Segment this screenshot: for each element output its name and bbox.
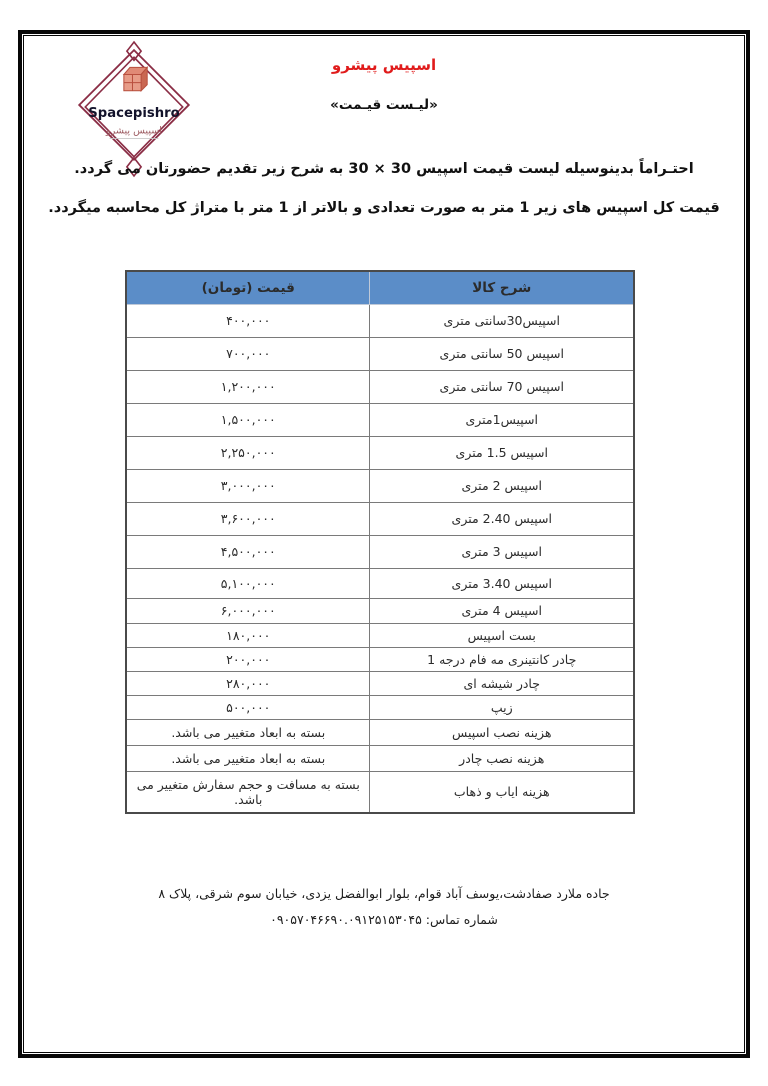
price-cell: ۱۸۰,۰۰۰	[126, 623, 370, 647]
price-cell: ۵,۱۰۰,۰۰۰	[126, 568, 370, 598]
table-row: هزینه نصب چادر بسته به ابعاد متغییر می ب…	[126, 745, 634, 771]
table-row: بست اسپیس ۱۸۰,۰۰۰	[126, 623, 634, 647]
price-cell: ۳,۶۰۰,۰۰۰	[126, 502, 370, 535]
item-cell: چادر کانتینری مه فام درجه 1	[370, 647, 634, 671]
price-cell: ۶,۰۰۰,۰۰۰	[126, 598, 370, 623]
table-row: اسپیس 70 سانتی متری ۱,۲۰۰,۰۰۰	[126, 370, 634, 403]
footer-phone-numbers: ۰۹۰۵۷۰۴۶۶۹۰.۰۹۱۲۵۱۵۳۰۴۵	[270, 912, 422, 927]
table-row: اسپیس 50 سانتی متری ۷۰۰,۰۰۰	[126, 337, 634, 370]
price-table: شرح کالا قیمت (تومان) اسپیس30سانتی متری …	[125, 270, 635, 814]
price-table-body: اسپیس30سانتی متری ۴۰۰,۰۰۰ اسپیس 50 سانتی…	[126, 304, 634, 813]
price-cell: ۴۰۰,۰۰۰	[126, 304, 370, 337]
price-cell: ۷۰۰,۰۰۰	[126, 337, 370, 370]
item-cell: اسپیس1متری	[370, 403, 634, 436]
price-cell: ۳,۰۰۰,۰۰۰	[126, 469, 370, 502]
price-cell: ۲,۲۵۰,۰۰۰	[126, 436, 370, 469]
item-cell: اسپیس 70 سانتی متری	[370, 370, 634, 403]
item-cell: چادر شیشه ای	[370, 671, 634, 695]
item-cell: بست اسپیس	[370, 623, 634, 647]
table-row: چادر شیشه ای ۲۸۰,۰۰۰	[126, 671, 634, 695]
item-cell: اسپیس 2 متری	[370, 469, 634, 502]
table-row: اسپیس 4 متری ۶,۰۰۰,۰۰۰	[126, 598, 634, 623]
table-row: اسپیس 2 متری ۳,۰۰۰,۰۰۰	[126, 469, 634, 502]
item-cell: اسپیس 3.40 متری	[370, 568, 634, 598]
page-title: اسپیس پیشرو	[0, 56, 768, 74]
price-cell: بسته به ابعاد متغییر می باشد.	[126, 745, 370, 771]
item-cell: اسپیس30سانتی متری	[370, 304, 634, 337]
item-cell: هزینه نصب اسپیس	[370, 719, 634, 745]
intro-line-2: قیمت کل اسپیس های زیر 1 متر به صورت تعدا…	[0, 200, 768, 216]
header-item: شرح کالا	[370, 271, 634, 304]
intro-line-1: احتـراماً بدینوسیله لیست قیمت اسپیس 30 ×…	[0, 161, 768, 177]
table-row: چادر کانتینری مه فام درجه 1 ۲۰۰,۰۰۰	[126, 647, 634, 671]
price-cell: ۴,۵۰۰,۰۰۰	[126, 535, 370, 568]
price-cell: بسته به مسافت و حجم سفارش متغییر می باشد…	[126, 771, 370, 813]
item-cell: اسپیس 2.40 متری	[370, 502, 634, 535]
table-row: اسپیس1متری ۱,۵۰۰,۰۰۰	[126, 403, 634, 436]
item-cell: اسپیس 3 متری	[370, 535, 634, 568]
header-price: قیمت (تومان)	[126, 271, 370, 304]
footer-phone-label: شماره تماس:	[426, 912, 498, 927]
price-cell: بسته به ابعاد متغییر می باشد.	[126, 719, 370, 745]
table-row: اسپیس 3.40 متری ۵,۱۰۰,۰۰۰	[126, 568, 634, 598]
item-cell: اسپیس 1.5 متری	[370, 436, 634, 469]
page-subtitle: «لیـست قیـمت»	[0, 97, 768, 113]
footer-address: جاده ملارد صفادشت،یوسف آباد قوام، بلوار …	[0, 886, 768, 901]
item-cell: زیپ	[370, 695, 634, 719]
table-row: اسپیس 2.40 متری ۳,۶۰۰,۰۰۰	[126, 502, 634, 535]
table-row: اسپیس 3 متری ۴,۵۰۰,۰۰۰	[126, 535, 634, 568]
price-table-header: شرح کالا قیمت (تومان)	[126, 271, 634, 304]
item-cell: اسپیس 4 متری	[370, 598, 634, 623]
footer-phone: شماره تماس: ۰۹۰۵۷۰۴۶۶۹۰.۰۹۱۲۵۱۵۳۰۴۵	[0, 912, 768, 927]
price-cell: ۵۰۰,۰۰۰	[126, 695, 370, 719]
table-row: اسپیس30سانتی متری ۴۰۰,۰۰۰	[126, 304, 634, 337]
item-cell: اسپیس 50 سانتی متری	[370, 337, 634, 370]
price-cell: ۱,۵۰۰,۰۰۰	[126, 403, 370, 436]
table-row: هزینه ایاب و ذهاب بسته به مسافت و حجم سف…	[126, 771, 634, 813]
item-cell: هزینه نصب چادر	[370, 745, 634, 771]
header-row: شرح کالا قیمت (تومان)	[126, 271, 634, 304]
table-row: هزینه نصب اسپیس بسته به ابعاد متغییر می …	[126, 719, 634, 745]
price-cell: ۲۰۰,۰۰۰	[126, 647, 370, 671]
table-row: زیپ ۵۰۰,۰۰۰	[126, 695, 634, 719]
price-cell: ۲۸۰,۰۰۰	[126, 671, 370, 695]
price-cell: ۱,۲۰۰,۰۰۰	[126, 370, 370, 403]
table-row: اسپیس 1.5 متری ۲,۲۵۰,۰۰۰	[126, 436, 634, 469]
logo-brand-persian: اسپیس پیشرو	[105, 125, 162, 136]
item-cell: هزینه ایاب و ذهاب	[370, 771, 634, 813]
